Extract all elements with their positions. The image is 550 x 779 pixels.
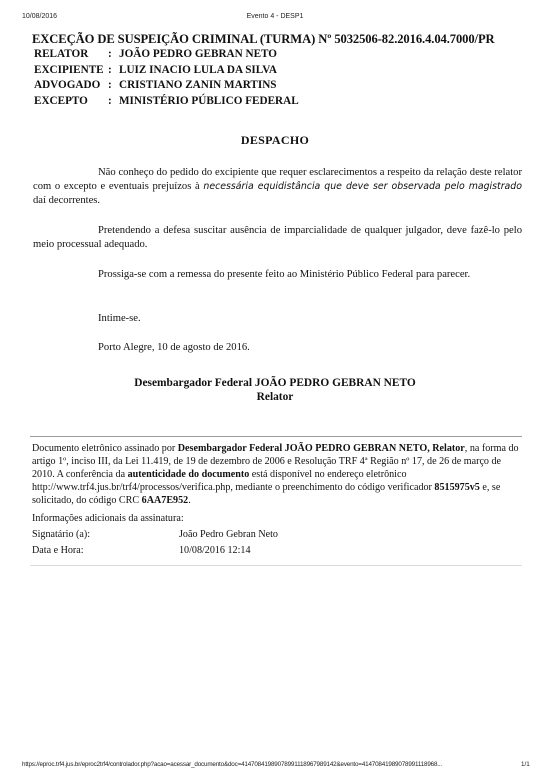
party-name: MINISTÉRIO PÚBLICO FEDERAL xyxy=(119,94,532,110)
divider-bottom xyxy=(30,565,522,566)
auth-text: Documento eletrônico assinado por xyxy=(32,443,178,454)
auth-authenticity: autenticidade do documento xyxy=(128,469,250,480)
signature-block: Desembargador Federal JOÃO PEDRO GEBRAN … xyxy=(0,376,550,404)
info-label: Data e Hora: xyxy=(32,543,179,559)
paragraph-text: Porto Alegre, 10 de agosto de 2016. xyxy=(33,341,522,355)
paragraph-intime: Intime-se. xyxy=(33,312,522,326)
party-row-relator: RELATOR : JOÃO PEDRO GEBRAN NETO xyxy=(32,47,532,63)
paragraph-text: Intime-se. xyxy=(33,312,522,326)
paragraph-3: Prossiga-se com a remessa do presente fe… xyxy=(33,268,522,282)
party-row-advogado: ADVOGADO : CRISTIANO ZANIN MARTINS xyxy=(32,78,532,94)
party-row-excipiente: EXCIPIENTE : LUIZ INACIO LULA DA SILVA xyxy=(32,63,532,79)
page-number: 1/1 xyxy=(521,761,530,768)
signature-info-row: Signatário (a): João Pedro Gebran Neto xyxy=(32,527,522,543)
paragraph-1: Não conheço do pedido do excipiente que … xyxy=(33,166,522,207)
paragraph-text: daí decorrentes. xyxy=(33,195,100,206)
case-title: EXCEÇÃO DE SUSPEIÇÃO CRIMINAL (TURMA) Nº… xyxy=(32,31,532,47)
print-header: 10/08/2016 Evento 4 - DESP1 xyxy=(0,10,550,22)
party-role: RELATOR xyxy=(34,47,108,63)
party-name: CRISTIANO ZANIN MARTINS xyxy=(119,78,532,94)
party-role: EXCEPTO xyxy=(34,94,108,110)
signature-info-row: Data e Hora: 10/08/2016 12:14 xyxy=(32,543,522,559)
info-value: João Pedro Gebran Neto xyxy=(179,527,278,543)
info-value: 10/08/2016 12:14 xyxy=(179,543,251,559)
paragraph-text: Pretendendo a defesa suscitar ausência d… xyxy=(33,224,522,252)
signature-info: Informações adicionais da assinatura: Si… xyxy=(32,511,522,559)
party-name: LUIZ INACIO LULA DA SILVA xyxy=(119,63,532,79)
party-role: ADVOGADO xyxy=(34,78,108,94)
paragraph-place-date: Porto Alegre, 10 de agosto de 2016. xyxy=(33,341,522,355)
print-url: https://eproc.trf4.jus.br/eproc2trf4/con… xyxy=(22,761,518,768)
party-row-excepto: EXCEPTO : MINISTÉRIO PÚBLICO FEDERAL xyxy=(32,94,532,110)
paragraph-text: Prossiga-se com a remessa do presente fe… xyxy=(33,268,522,282)
verification-code: 8515975v5 xyxy=(434,482,479,493)
signer-role: Relator xyxy=(0,390,550,404)
print-event-title: Evento 4 - DESP1 xyxy=(0,13,550,20)
party-separator: : xyxy=(108,94,119,110)
authentication-notice: Documento eletrônico assinado por Desemb… xyxy=(32,442,524,507)
divider-top xyxy=(30,436,522,437)
party-separator: : xyxy=(108,63,119,79)
auth-signer: Desembargador Federal JOÃO PEDRO GEBRAN … xyxy=(178,443,465,454)
despacho-heading: DESPACHO xyxy=(0,133,550,148)
auth-text: . xyxy=(188,495,191,506)
party-name: JOÃO PEDRO GEBRAN NETO xyxy=(119,47,532,63)
paragraph-2: Pretendendo a defesa suscitar ausência d… xyxy=(33,224,522,252)
case-header: EXCEÇÃO DE SUSPEIÇÃO CRIMINAL (TURMA) Nº… xyxy=(32,31,532,109)
party-separator: : xyxy=(108,78,119,94)
party-role: EXCIPIENTE xyxy=(34,63,108,79)
paragraph-italic-quote: necessária equidistância que deve ser ob… xyxy=(203,181,522,192)
party-separator: : xyxy=(108,47,119,63)
signer-name: Desembargador Federal JOÃO PEDRO GEBRAN … xyxy=(0,376,550,390)
crc-code: 6AA7E952 xyxy=(142,495,189,506)
signature-info-heading: Informações adicionais da assinatura: xyxy=(32,511,522,527)
info-label: Signatário (a): xyxy=(32,527,179,543)
